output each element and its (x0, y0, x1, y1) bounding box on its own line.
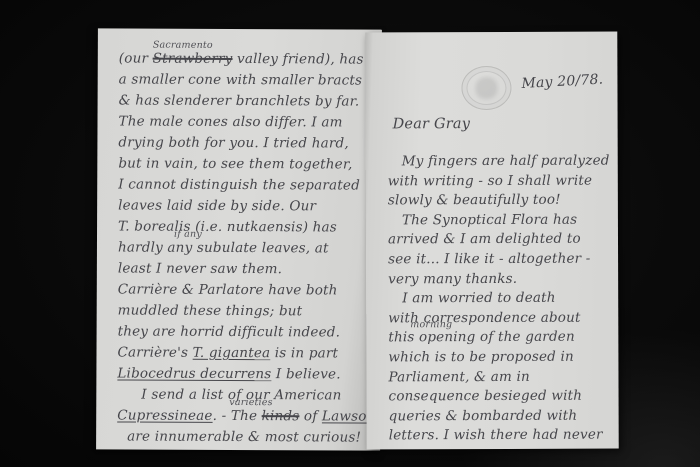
handwritten-segment: drying both for you. I tried hard, (118, 134, 348, 151)
handwritten-segment: slowly & beautifully too! (388, 192, 561, 209)
handwritten-line: arrived & I am delighted to (388, 230, 614, 250)
handwritten-line: Libocedrus decurrens I believe. (117, 363, 373, 385)
handwritten-segment: is in part (270, 345, 338, 361)
handwritten-segment: Parliament, & am in (388, 368, 529, 384)
interlinear-insertion: varieties (229, 398, 272, 407)
handwritten-line: Carrière's T. gigantea is in part (117, 342, 373, 364)
handwritten-segment: My fingers are half paralyzed (402, 153, 610, 170)
handwritten-line: I cannot distinguish the separated (118, 174, 374, 196)
handwritten-segment: letters. I wish there had never (389, 427, 603, 444)
handwritten-segment: Carrière's (117, 344, 192, 360)
handwritten-segment: I believe. (271, 366, 340, 382)
handwritten-line: consequence besieged with (389, 387, 615, 407)
handwritten-segment: consequence besieged with (389, 388, 583, 405)
letter-salutation: Dear Gray (393, 116, 471, 132)
handwritten-segment: . - The (213, 408, 262, 424)
handwritten-segment: muddled these things; but (118, 302, 303, 319)
handwritten-line: they are horrid difficult indeed. (118, 321, 374, 343)
handwritten-line: (our Strawberry valley friend), hasSacra… (119, 48, 375, 70)
handwritten-line: & has slenderer branchlets by far. (119, 90, 375, 112)
handwritten-line: The Synoptical Flora has (388, 210, 614, 230)
handwritten-segment: a smaller cone with smaller bracts (119, 71, 363, 88)
handwritten-line: Cupressineae. - The kinds of Lawsonianav… (117, 405, 373, 427)
handwritten-segment: Carrière & Parlatore have both (118, 281, 338, 298)
interlinear-insertion: morning (410, 320, 452, 329)
handwritten-line: which is to be proposed in (388, 348, 614, 368)
embossed-stationery-seal-icon (461, 66, 511, 110)
letter-date: May 20/78. (521, 71, 604, 92)
handwritten-line: leaves laid side by side. Our (118, 195, 374, 217)
handwritten-line: a smaller cone with smaller bracts (119, 69, 375, 91)
handwritten-line: hardly any subulate leaves, atif any (118, 237, 374, 259)
handwritten-segment: Strawberry (153, 51, 233, 67)
handwritten-line: My fingers are half paralyzed (388, 152, 614, 172)
handwritten-segment: valley friend), has (233, 51, 364, 68)
handwritten-line: see it... I like it - altogether - (388, 250, 614, 270)
handwritten-segment: & has slenderer branchlets by far. (119, 92, 360, 109)
handwritten-segment: leaves laid side by side. Our (118, 197, 316, 214)
handwritten-segment: T. gigantea (193, 345, 271, 361)
handwritten-line: T. borealis (i.e. nutkaensis) has (118, 216, 374, 238)
handwritten-segment: least I never saw them. (118, 260, 282, 277)
handwritten-line: The male cones also differ. I am (118, 111, 374, 133)
handwritten-segment: very many thanks. (388, 270, 517, 286)
handwritten-line: but in vain, to see them together, (118, 153, 374, 175)
handwritten-line: slowly & beautifully too! (388, 191, 614, 211)
handwritten-segment: I cannot distinguish the separated (118, 176, 360, 193)
photo-background: (our Strawberry valley friend), hasSacra… (0, 0, 700, 467)
handwritten-segment: (our (119, 50, 153, 66)
handwritten-line: are innumerable & most curious! (117, 426, 373, 448)
interlinear-insertion: if any (174, 230, 202, 239)
handwritten-line: Parliament, & am in (388, 367, 614, 387)
handwritten-segment: arrived & I am delighted to (388, 231, 581, 248)
handwritten-line: queries & bombarded with (389, 406, 615, 426)
handwritten-segment: with writing - so I shall write (388, 172, 592, 189)
handwritten-segment: are innumerable & most curious! (127, 429, 361, 446)
right-page-text: My fingers are half paralyzedwith writin… (388, 152, 615, 447)
handwritten-line: with writing - so I shall write (388, 171, 614, 191)
handwritten-segment: Cupressineae (117, 407, 212, 423)
handwritten-line: this opening of the gardenmorning (388, 328, 614, 348)
handwritten-line: letters. I wish there had never (389, 426, 615, 446)
handwritten-line: drying both for you. I tried hard, (118, 132, 374, 154)
handwritten-segment: which is to be proposed in (388, 349, 574, 366)
handwritten-segment: T. borealis (i.e. nutkaensis) has (118, 218, 337, 235)
handwritten-segment: kinds (262, 408, 300, 424)
handwritten-segment: The male cones also differ. I am (118, 113, 342, 130)
handwritten-segment: this opening of the garden (388, 329, 575, 346)
handwritten-segment: I am worried to death (402, 290, 556, 307)
handwritten-segment: they are horrid difficult indeed. (118, 323, 341, 340)
handwritten-line: very many thanks. (388, 269, 614, 289)
handwritten-line: muddled these things; but (118, 300, 374, 322)
handwritten-line: least I never saw them. (118, 258, 374, 280)
handwritten-line: I am worried to death (388, 289, 614, 309)
handwritten-segment: hardly any subulate leaves, at (118, 239, 329, 256)
handwritten-segment: The Synoptical Flora has (402, 211, 577, 228)
letter-page-right: May 20/78. Dear Gray My fingers are half… (365, 32, 618, 450)
interlinear-insertion: Sacramento (153, 41, 213, 50)
left-page-text: (our Strawberry valley friend), hasSacra… (117, 48, 375, 448)
handwritten-segment: of (299, 408, 322, 424)
letter-page-left: (our Strawberry valley friend), hasSacra… (96, 28, 382, 450)
handwritten-segment: but in vain, to see them together, (118, 155, 352, 172)
handwritten-segment: Libocedrus decurrens (117, 365, 271, 382)
handwritten-line: Carrière & Parlatore have both (118, 279, 374, 301)
handwritten-segment: queries & bombarded with (389, 407, 578, 424)
handwritten-segment: see it... I like it - altogether - (388, 251, 591, 268)
